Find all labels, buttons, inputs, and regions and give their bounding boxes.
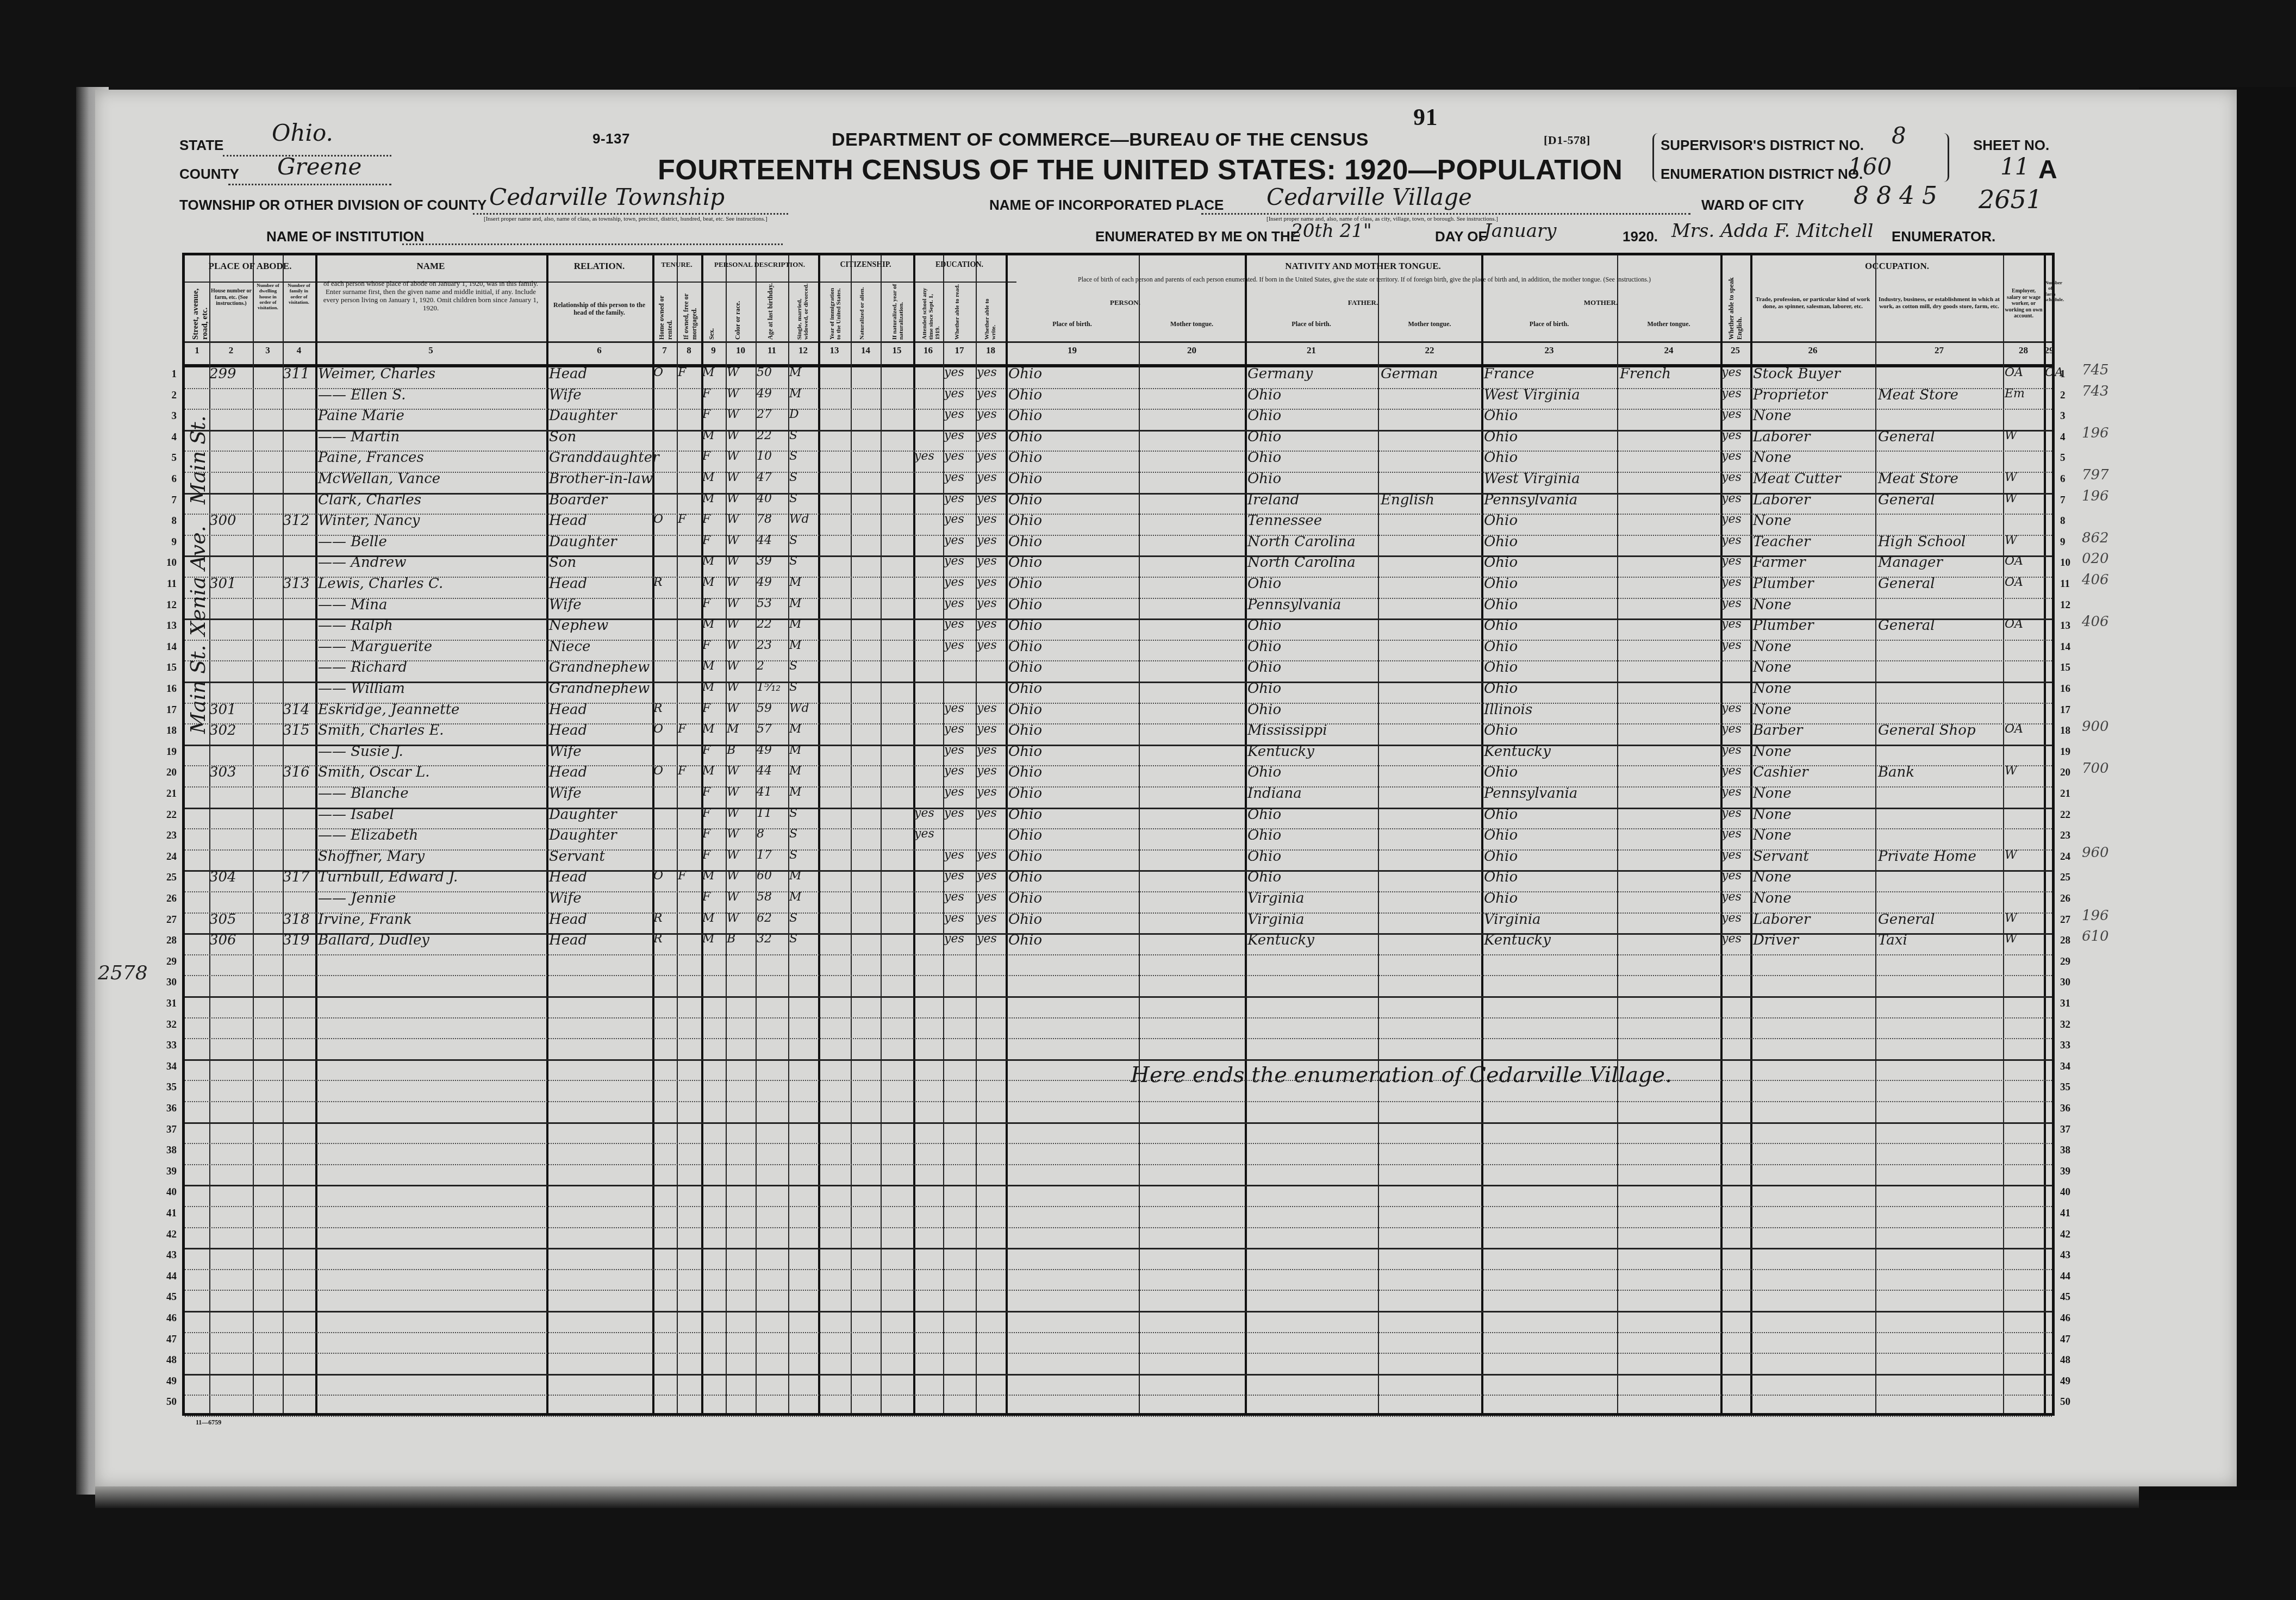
table-row: [185, 1290, 2052, 1312]
cell-read: yes: [944, 890, 964, 904]
cell-sex: M: [702, 722, 715, 736]
line-number: 38: [155, 1145, 177, 1157]
cell-rel: Head: [549, 576, 587, 592]
cell-sex: F: [702, 890, 710, 904]
cell-eng: yes: [1721, 807, 1742, 820]
table-row: [185, 1059, 2052, 1082]
cell-fpob: North Carolina: [1247, 554, 1356, 571]
table-row: —— JennieWifeFW58MyesyesOhioVirginiaOhio…: [185, 891, 2052, 914]
line-number: 37: [2060, 1124, 2082, 1136]
line-number: 49: [2060, 1376, 2082, 1387]
cell-pob: Ohio: [1008, 576, 1042, 592]
cell-eng: yes: [1721, 827, 1742, 841]
line-number: 13: [2060, 620, 2082, 632]
table-row: [185, 1269, 2052, 1291]
person-tongue-label: Mother tongue.: [1141, 321, 1242, 328]
table-row: Shoffner, MaryServantFW17SyesyesOhioOhio…: [185, 849, 2052, 872]
line-number: 34: [155, 1061, 177, 1073]
table-row: —— RichardGrandnephewMW2SOhioOhioOhioNon…: [185, 660, 2052, 683]
cell-sex: F: [702, 449, 710, 463]
line-number: 20: [155, 767, 177, 779]
table-row: —— WilliamGrandnephewMW1⁵⁄₁₂SOhioOhioOhi…: [185, 682, 2052, 704]
line-number: 12: [2060, 599, 2082, 611]
table-row: [185, 1353, 2052, 1376]
cell-sex: M: [702, 617, 715, 631]
table-row: Paine MarieDaughterFW27DyesyesOhioOhioOh…: [185, 409, 2052, 432]
table-row: [185, 1395, 2052, 1417]
sex-header: Sex.: [708, 283, 716, 340]
cell-read: yes: [944, 932, 964, 946]
cell-ms: M: [789, 387, 802, 401]
colnum: 18: [976, 345, 1006, 356]
cell-rel: Grandnephew: [549, 680, 650, 697]
line-number: 41: [155, 1208, 177, 1220]
line-number: 37: [155, 1124, 177, 1136]
institution-line: [402, 243, 783, 245]
line-number: 32: [2060, 1019, 2082, 1031]
line-number: 32: [155, 1019, 177, 1031]
attended-school-header: Attended school any time since Sept. 1, …: [921, 283, 941, 340]
cell-pob: Ohio: [1008, 932, 1042, 948]
cell-rel: Son: [549, 429, 576, 445]
cell-emp: W: [2005, 429, 2017, 442]
street-note: Xenia Ave.: [186, 511, 210, 636]
cell-own: R: [653, 932, 663, 946]
table-row: [185, 1332, 2052, 1354]
cell-age: 32: [757, 932, 772, 946]
cell-race: W: [727, 576, 739, 589]
cell-name: —— Mina: [318, 597, 387, 613]
sheet-label: SHEET NO.: [1973, 137, 2049, 154]
colnum: 1: [185, 345, 209, 356]
cell-mpob: Ohio: [1484, 534, 1518, 550]
cell-own: R: [653, 702, 663, 715]
cell-name: —— Belle: [318, 534, 387, 550]
cell-race: B: [727, 743, 735, 757]
colnum: 21: [1245, 345, 1378, 356]
cell-eng: yes: [1721, 387, 1742, 401]
line-number: 40: [2060, 1186, 2082, 1198]
cell-ms: M: [789, 597, 802, 610]
county-label: COUNTY: [179, 166, 239, 183]
line-number: 47: [2060, 1334, 2082, 1346]
cell-fpob: Ohio: [1247, 807, 1281, 823]
cell-mpob: West Virginia: [1484, 387, 1580, 403]
line-number: 31: [155, 998, 177, 1010]
colnum: 27: [1875, 345, 2003, 356]
cell-occ: Plumber: [1753, 617, 1814, 634]
street-note: Main St.: [186, 390, 210, 504]
cell-emp: OA: [2005, 576, 2023, 589]
cell-write: yes: [977, 890, 997, 904]
colnum: 29: [2044, 345, 2055, 356]
cell-family: 318: [283, 911, 310, 928]
cell-eng: yes: [1721, 554, 1742, 568]
cell-mpob: Ohio: [1484, 597, 1518, 613]
mother-tongue-label: Mother tongue.: [1620, 321, 1718, 328]
cell-age: 49: [757, 576, 772, 589]
cell-name: —— Jennie: [318, 890, 396, 907]
speak-english-header: Whether able to speak English.: [1727, 266, 1744, 340]
cell-sex: F: [702, 743, 710, 757]
cell-pob: Ohio: [1008, 869, 1042, 885]
cell-read: yes: [944, 639, 964, 652]
cell-ms: S: [789, 848, 797, 862]
cell-fpob: Ohio: [1247, 387, 1281, 403]
cell-write: yes: [977, 408, 997, 421]
colnum: 7: [652, 345, 677, 356]
cell-rel: Daughter: [549, 534, 617, 550]
line-number: 9: [2060, 536, 2082, 548]
line-number: 3: [2060, 410, 2082, 422]
line-number: 45: [2060, 1291, 2082, 1303]
line-number: 10: [2060, 557, 2082, 569]
cell-ms: M: [789, 366, 802, 379]
group-mother: MOTHER.: [1481, 299, 1720, 307]
cell-mpob: France: [1484, 366, 1534, 382]
line-number: 43: [155, 1249, 177, 1261]
cell-own: R: [653, 576, 663, 589]
line-number: 17: [155, 704, 177, 716]
cell-fpob: Kentucky: [1247, 932, 1314, 948]
cell-race: W: [727, 702, 739, 715]
colnum: 23: [1481, 345, 1617, 356]
cell-read: yes: [944, 366, 964, 379]
population-schedule-table: PLACE OF ABODE. NAME RELATION. TENURE. P…: [182, 253, 2055, 1416]
cell-fpob: Virginia: [1247, 911, 1305, 928]
cell-ftongue: German: [1381, 366, 1438, 382]
line-number: 12: [155, 599, 177, 611]
cell-fpob: Tennessee: [1247, 512, 1322, 529]
cell-race: W: [727, 471, 739, 484]
enumerator-label: ENUMERATOR.: [1892, 228, 1995, 245]
cell-fpob: Ohio: [1247, 408, 1281, 424]
cell-rel: Wife: [549, 387, 582, 403]
township-line: [473, 213, 788, 215]
cell-family: 317: [283, 869, 310, 885]
table-row: [185, 1227, 2052, 1250]
cell-name: —— Susie J.: [318, 743, 403, 760]
cell-fpob: Ohio: [1247, 429, 1281, 445]
line-number: 7: [2060, 495, 2082, 507]
table-row: [185, 1080, 2052, 1102]
cell-occ: Stock Buyer: [1753, 366, 1840, 382]
cell-emp: W: [2005, 911, 2017, 925]
incorporated-value: Cedarville Village: [1266, 184, 1472, 210]
colnum: 3: [253, 345, 283, 356]
cell-rel: Daughter: [549, 807, 617, 823]
cell-house: 302: [209, 722, 236, 739]
cell-pob: Ohio: [1008, 534, 1042, 550]
line-number: 20: [2060, 767, 2082, 779]
free-mortgaged-header: If owned, free or mortgaged.: [682, 283, 698, 340]
day-of-label: DAY OF: [1435, 228, 1487, 245]
cell-mpob: Pennsylvania: [1484, 785, 1577, 802]
race-header: Color or race.: [734, 283, 742, 340]
cell-fpob: North Carolina: [1247, 534, 1356, 550]
cell-ms: S: [789, 827, 797, 841]
cell-sex: M: [702, 554, 715, 568]
cell-name: —— Marguerite: [318, 639, 432, 655]
cell-race: W: [727, 492, 739, 505]
line-number: 22: [2060, 809, 2082, 821]
cell-pob: Ohio: [1008, 911, 1042, 928]
cell-ms: S: [789, 911, 797, 925]
cell-sex: F: [702, 408, 710, 421]
cell-pob: Ohio: [1008, 890, 1042, 907]
group-place-of-abode: PLACE OF ABODE.: [185, 261, 315, 272]
cell-fpob: Ohio: [1247, 639, 1281, 655]
cell-mpob: Ohio: [1484, 764, 1518, 780]
group-person: PERSON.: [1006, 299, 1245, 307]
cell-ind: Private Home: [1878, 848, 1976, 865]
line-number: 18: [2060, 725, 2082, 737]
street-header: Street, avenue, road, etc.: [191, 288, 210, 340]
cell-race: W: [727, 366, 739, 379]
cell-occ: None: [1753, 512, 1792, 529]
table-row: [185, 1143, 2052, 1165]
cell-occ: Driver: [1753, 932, 1799, 948]
cell-read: yes: [944, 534, 964, 547]
enumeration-label: ENUMERATION DISTRICT NO.: [1661, 166, 1863, 183]
line-number: 46: [155, 1312, 177, 1324]
occupation-code: 196: [2082, 908, 2109, 924]
cell-emp: W: [2005, 932, 2017, 946]
cell-sex: F: [702, 827, 710, 841]
cell-pob: Ohio: [1008, 785, 1042, 802]
line-number: 50: [155, 1396, 177, 1408]
cell-mort: F: [678, 764, 686, 778]
cell-name: Smith, Charles E.: [318, 722, 444, 739]
cell-sex: M: [702, 471, 715, 484]
cell-pob: Ohio: [1008, 366, 1042, 382]
table-row: [185, 1017, 2052, 1040]
cell-pob: Ohio: [1008, 387, 1042, 403]
cell-occ: None: [1753, 807, 1792, 823]
occupation-code: 406: [2082, 572, 2109, 588]
cell-write: yes: [977, 639, 997, 652]
line-number: 5: [2060, 452, 2082, 464]
line-number: 24: [2060, 851, 2082, 863]
cell-ms: S: [789, 471, 797, 484]
line-number: 29: [2060, 956, 2082, 968]
cell-write: yes: [977, 932, 997, 946]
cell-mort: F: [678, 366, 686, 379]
line-number: 36: [155, 1103, 177, 1115]
table-row: 305318Irvine, FrankHeadRMW62SyesyesOhioV…: [185, 912, 2052, 935]
cell-sex: M: [702, 932, 715, 946]
line-number: 30: [2060, 977, 2082, 989]
cell-emp: OA: [2005, 554, 2023, 568]
cell-read: yes: [944, 764, 964, 778]
cell-mpob: Ohio: [1484, 449, 1518, 466]
county-value: Greene: [277, 153, 361, 180]
cell-mpob: Ohio: [1484, 408, 1518, 424]
line-number: 1: [2060, 368, 2082, 380]
cell-sex: M: [702, 492, 715, 505]
cell-name: Paine, Frances: [318, 449, 424, 466]
cell-fpob: Ohio: [1247, 471, 1281, 487]
sheet-number: 11: [2000, 153, 2029, 180]
employer-label: Employer, salary or wage worker, or work…: [2005, 288, 2043, 320]
cell-eng: yes: [1721, 869, 1742, 883]
cell-emp: OA: [2005, 722, 2023, 736]
cell-ms: S: [789, 492, 797, 505]
cell-age: 22: [757, 617, 772, 631]
cell-occ: Laborer: [1753, 492, 1810, 508]
cell-age: 60: [757, 869, 772, 883]
table-row: [185, 1248, 2052, 1270]
enumeration-end-note: Here ends the enumeration of Cedarville …: [1131, 1062, 1672, 1087]
cell-mpob: Ohio: [1484, 512, 1518, 529]
cell-eng: yes: [1721, 408, 1742, 421]
year-value: 1920.: [1623, 228, 1658, 245]
cell-mtongue: French: [1620, 366, 1671, 382]
cell-mpob: Ohio: [1484, 807, 1518, 823]
naturalization-year-header: If naturalized, year of naturalization.: [891, 283, 904, 340]
group-relation: RELATION.: [546, 261, 652, 272]
cell-eng: yes: [1721, 617, 1742, 631]
table-row: 301314Eskridge, JeannetteHeadRFW59Wdyesy…: [185, 703, 2052, 725]
cell-occ: Laborer: [1753, 911, 1810, 928]
line-number: 2: [155, 390, 177, 402]
colnum: 19: [1006, 345, 1139, 356]
cell-ms: Wd: [789, 512, 809, 526]
cell-fpob: Ohio: [1247, 449, 1281, 466]
line-number: 46: [2060, 1312, 2082, 1324]
cell-read: yes: [944, 512, 964, 526]
cell-name: Smith, Oscar L.: [318, 764, 429, 780]
cell-read: yes: [944, 743, 964, 757]
cell-name: —— Elizabeth: [318, 827, 418, 843]
cell-ind: Bank: [1878, 764, 1914, 780]
cell-mpob: Ohio: [1484, 680, 1518, 697]
line-number: 31: [2060, 998, 2082, 1010]
cell-pob: Ohio: [1008, 429, 1042, 445]
cell-pob: Ohio: [1008, 848, 1042, 865]
cell-name: Turnbull, Edward J.: [318, 869, 458, 885]
cell-school: yes: [914, 807, 934, 820]
cell-write: yes: [977, 722, 997, 736]
line-number: 28: [2060, 935, 2082, 947]
cell-eng: yes: [1721, 597, 1742, 610]
ward-label: WARD OF CITY: [1701, 197, 1804, 214]
cell-age: 62: [757, 911, 772, 925]
cell-rel: Head: [549, 366, 587, 382]
farm-schedule-label: Number of farm schedule.: [2045, 280, 2056, 302]
person-pob-label: Place of birth.: [1008, 321, 1136, 328]
cell-race: W: [727, 534, 739, 547]
incorporated-line: [1201, 213, 1690, 215]
cell-age: 50: [757, 366, 772, 379]
cell-read: yes: [944, 554, 964, 568]
form-code: 9-137: [592, 130, 630, 147]
table-row: [185, 1185, 2052, 1207]
cell-eng: yes: [1721, 429, 1742, 442]
cell-ind: General: [1878, 576, 1935, 592]
cell-occ: None: [1753, 597, 1792, 613]
cell-mpob: Ohio: [1484, 890, 1518, 907]
line-number: 40: [155, 1186, 177, 1198]
state-label: STATE: [179, 137, 223, 154]
footer-code: 11—6759: [196, 1418, 221, 1427]
table-row: 300312Winter, NancyHeadOFFW78WdyesyesOhi…: [185, 514, 2052, 536]
cell-write: yes: [977, 743, 997, 757]
cell-mort: F: [678, 722, 686, 736]
cell-age: 49: [757, 387, 772, 401]
cell-eng: yes: [1721, 639, 1742, 652]
cell-sex: M: [702, 764, 715, 778]
table-row: —— Susie J.WifeFB49MyesyesOhioKentuckyKe…: [185, 745, 2052, 767]
cell-mpob: Ohio: [1484, 869, 1518, 885]
cell-pob: Ohio: [1008, 639, 1042, 655]
cell-fpob: Germany: [1247, 366, 1313, 382]
cell-ms: S: [789, 534, 797, 547]
cell-ms: S: [789, 932, 797, 946]
occupation-code: 020: [2082, 551, 2109, 567]
cell-rel: Daughter: [549, 827, 617, 843]
cell-pob: Ohio: [1008, 492, 1042, 508]
cell-read: yes: [944, 702, 964, 715]
cell-age: 44: [757, 764, 772, 778]
supervisor-label: SUPERVISOR'S DISTRICT NO.: [1661, 137, 1864, 154]
cell-eng: yes: [1721, 890, 1742, 904]
cell-eng: yes: [1721, 911, 1742, 925]
cell-ms: M: [789, 890, 802, 904]
cell-own: O: [653, 366, 663, 379]
cell-eng: yes: [1721, 932, 1742, 946]
cell-eng: yes: [1721, 702, 1742, 715]
cell-write: yes: [977, 512, 997, 526]
cell-eng: yes: [1721, 722, 1742, 736]
cell-write: yes: [977, 764, 997, 778]
cell-pob: Ohio: [1008, 449, 1042, 466]
cell-write: yes: [977, 449, 997, 463]
line-number: 11: [2060, 578, 2082, 590]
line-number: 26: [2060, 893, 2082, 905]
department-heading: DEPARTMENT OF COMMERCE—BUREAU OF THE CEN…: [832, 129, 1369, 151]
cell-read: yes: [944, 785, 964, 799]
county-line: [228, 184, 391, 185]
cell-ind: General: [1878, 911, 1935, 928]
cell-occ: None: [1753, 702, 1792, 718]
cell-read: yes: [944, 429, 964, 442]
line-number: 42: [2060, 1229, 2082, 1241]
cell-eng: yes: [1721, 576, 1742, 589]
cell-mpob: Virginia: [1484, 911, 1541, 928]
line-number: 25: [2060, 872, 2082, 884]
cell-rel: Servant: [549, 848, 605, 865]
cell-family: 319: [283, 932, 310, 948]
cell-house: 300: [209, 512, 236, 529]
cell-age: 47: [757, 471, 772, 484]
line-number: 35: [155, 1082, 177, 1093]
cell-read: yes: [944, 617, 964, 631]
table-row: 306319Ballard, DudleyHeadRMB32SyesyesOhi…: [185, 933, 2052, 955]
cell-mpob: Ohio: [1484, 429, 1518, 445]
group-personal: PERSONAL DESCRIPTION.: [701, 261, 818, 269]
cell-ind: General Shop: [1878, 722, 1976, 739]
colnum: 12: [788, 345, 818, 356]
line-number: 6: [155, 473, 177, 485]
table-row: 304317Turnbull, Edward J.HeadOFMW60Myesy…: [185, 870, 2052, 892]
cell-pob: Ohio: [1008, 680, 1042, 697]
cell-occ: None: [1753, 449, 1792, 466]
cell-read: yes: [944, 722, 964, 736]
table-row: —— MargueriteNieceFW23MyesyesOhioOhioOhi…: [185, 640, 2052, 662]
line-number: 13: [155, 620, 177, 632]
cell-pob: Ohio: [1008, 617, 1042, 634]
